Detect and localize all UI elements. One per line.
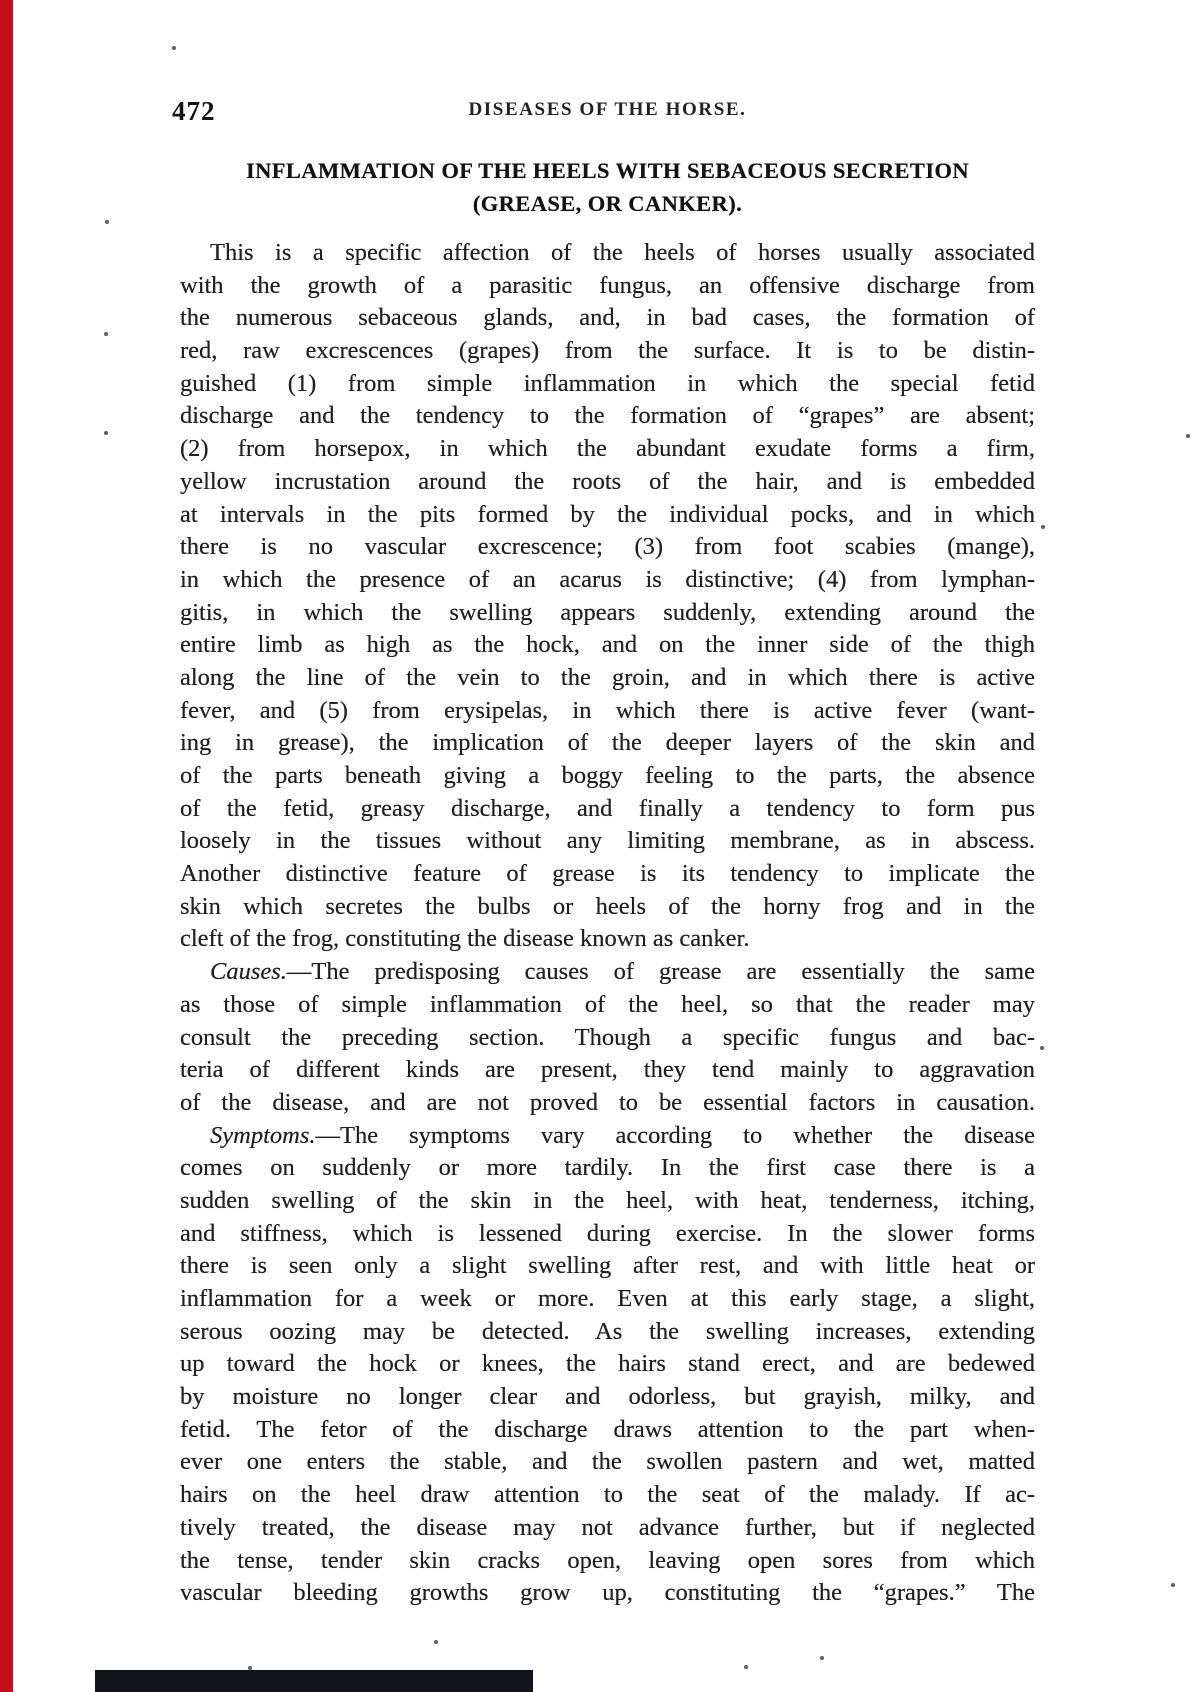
text-line: the tense, tender skin cracks open, leav… [180, 1545, 1035, 1578]
text-line: serous oozing may be detected. As the sw… [180, 1316, 1035, 1349]
scan-speck [434, 1640, 438, 1644]
text-line: Another distinctive feature of grease is… [180, 858, 1035, 891]
text-line: gitis, in which the swelling appears sud… [180, 597, 1035, 630]
text-line: at intervals in the pits formed by the i… [180, 499, 1035, 532]
page-header: 472 DISEASES OF THE HORSE. [180, 96, 1035, 130]
section-heading-line1: INFLAMMATION OF THE HEELS WITH SEBACEOUS… [180, 154, 1035, 187]
text-line: fever, and (5) from erysipelas, in which… [180, 695, 1035, 728]
text-line: discharge and the tendency to the format… [180, 400, 1035, 433]
text-line: loosely in the tissues without any limit… [180, 825, 1035, 858]
scan-artifact-bar [95, 1670, 533, 1692]
text-line: tively treated, the disease may not adva… [180, 1512, 1035, 1545]
text-line: hairs on the heel draw attention to the … [180, 1479, 1035, 1512]
scan-speck [1171, 1583, 1175, 1587]
text-line: up toward the hock or knees, the hairs s… [180, 1348, 1035, 1381]
text-line: and stiffness, which is lessened during … [180, 1218, 1035, 1251]
scan-speck [172, 46, 176, 50]
scan-speck [1041, 525, 1045, 529]
text-line: in which the presence of an acarus is di… [180, 564, 1035, 597]
text-line: cleft of the frog, constituting the dise… [180, 923, 1035, 956]
scan-speck [1040, 1046, 1044, 1050]
scan-edge-red-stripe [0, 0, 13, 1692]
text-line: red, raw excrescences (grapes) from the … [180, 335, 1035, 368]
page-content: 472 DISEASES OF THE HORSE. INFLAMMATION … [180, 96, 1035, 1610]
scan-speck [105, 220, 109, 224]
running-head: DISEASES OF THE HORSE. [180, 96, 1035, 121]
text-line: consult the preceding section. Though a … [180, 1022, 1035, 1055]
text-line: of the fetid, greasy discharge, and fina… [180, 793, 1035, 826]
text-line: ever one enters the stable, and the swol… [180, 1446, 1035, 1479]
text-line: skin which secretes the bulbs or heels o… [180, 891, 1035, 924]
scan-speck [104, 431, 108, 435]
text-line: ing in grease), the implication of the d… [180, 727, 1035, 760]
scan-speck [248, 1666, 252, 1670]
text-line: inflammation for a week or more. Even at… [180, 1283, 1035, 1316]
section-heading-line2: (GREASE, OR CANKER). [180, 187, 1035, 220]
paragraph-lead-italic: Symptoms. [210, 1122, 315, 1149]
scan-speck [820, 1656, 824, 1660]
scan-speck [744, 1665, 748, 1669]
text-line: entire limb as high as the hock, and on … [180, 629, 1035, 662]
text-line: of the disease, and are not proved to be… [180, 1087, 1035, 1120]
body-text: This is a specific affection of the heel… [180, 237, 1035, 1610]
text-line: teria of different kinds are present, th… [180, 1054, 1035, 1087]
page-number: 472 [172, 96, 216, 127]
text-line: comes on suddenly or more tardily. In th… [180, 1152, 1035, 1185]
text-line: yellow incrustation around the roots of … [180, 466, 1035, 499]
text-line: the numerous sebaceous glands, and, in b… [180, 302, 1035, 335]
text-line: by moisture no longer clear and odorless… [180, 1381, 1035, 1414]
scan-speck [104, 332, 108, 336]
text-line: Symptoms.—The symptoms vary according to… [180, 1120, 1035, 1153]
text-line: vascular bleeding growths grow up, const… [180, 1577, 1035, 1610]
text-line: along the line of the vein to the groin,… [180, 662, 1035, 695]
text-line: of the parts beneath giving a boggy feel… [180, 760, 1035, 793]
text-line: there is no vascular excrescence; (3) fr… [180, 531, 1035, 564]
text-line: sudden swelling of the skin in the heel,… [180, 1185, 1035, 1218]
text-line: as those of simple inflammation of the h… [180, 989, 1035, 1022]
scanned-book-page: 472 DISEASES OF THE HORSE. INFLAMMATION … [0, 0, 1200, 1692]
text-line: (2) from horsepox, in which the abundant… [180, 433, 1035, 466]
text-line: fetid. The fetor of the discharge draws … [180, 1414, 1035, 1447]
section-heading: INFLAMMATION OF THE HEELS WITH SEBACEOUS… [180, 154, 1035, 220]
paragraph-lead-italic: Causes. [210, 958, 287, 985]
text-line: This is a specific affection of the heel… [180, 237, 1035, 270]
text-line: Causes.—The predisposing causes of greas… [180, 956, 1035, 989]
text-line: guished (1) from simple inflammation in … [180, 368, 1035, 401]
text-line: there is seen only a slight swelling aft… [180, 1250, 1035, 1283]
scan-speck [1186, 434, 1190, 438]
text-line: with the growth of a parasitic fungus, a… [180, 270, 1035, 303]
